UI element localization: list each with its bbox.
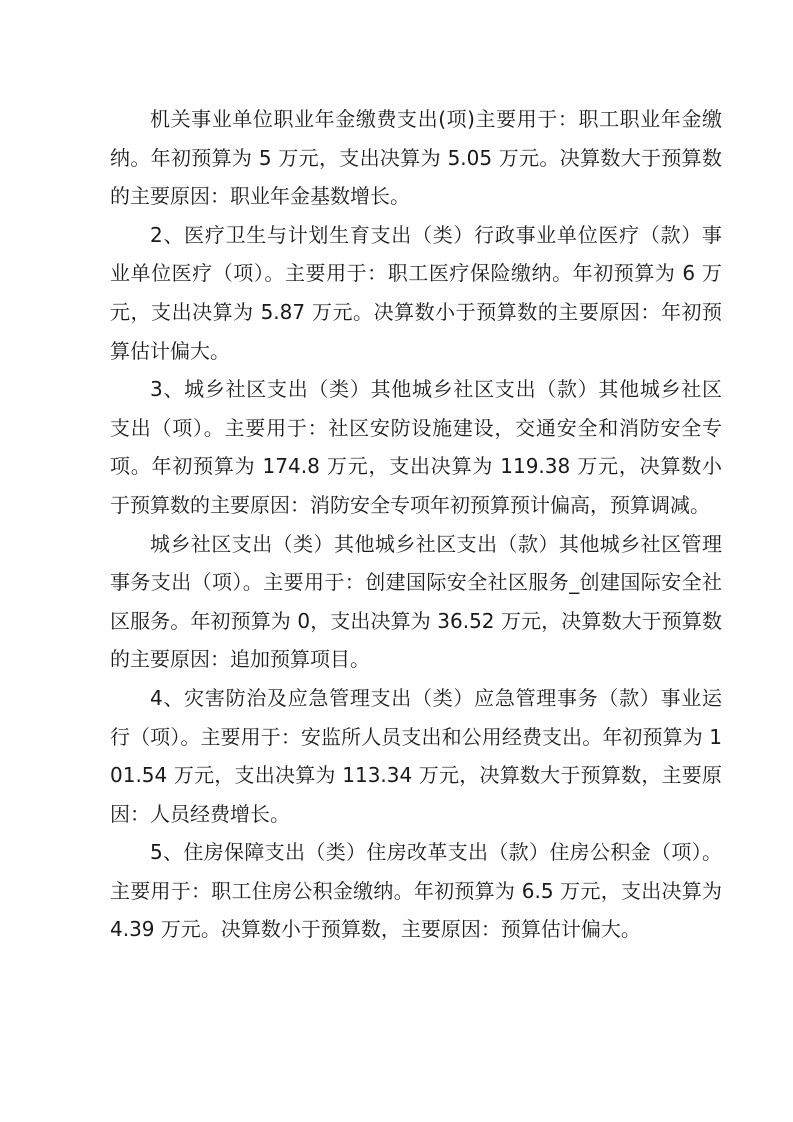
- paragraph-pension: 机关事业单位职业年金缴费支出(项)主要用于：职工职业年金缴纳。年初预算为 5 万…: [110, 100, 722, 216]
- paragraph-community-other: 3、城乡社区支出（类）其他城乡社区支出（款）其他城乡社区支出（项）。主要用于：社…: [110, 370, 722, 524]
- paragraph-housing: 5、住房保障支出（类）住房改革支出（款）住房公积金（项）。主要用于：职工住房公积…: [110, 833, 722, 949]
- document-page: 机关事业单位职业年金缴费支出(项)主要用于：职工职业年金缴纳。年初预算为 5 万…: [110, 100, 722, 949]
- paragraph-emergency-management: 4、灾害防治及应急管理支出（类）应急管理事务（款）事业运行（项）。主要用于：安监…: [110, 679, 722, 833]
- paragraph-medical: 2、医疗卫生与计划生育支出（类）行政事业单位医疗（款）事业单位医疗（项）。主要用…: [110, 216, 722, 370]
- paragraph-community-management: 城乡社区支出（类）其他城乡社区支出（款）其他城乡社区管理事务支出（项）。主要用于…: [110, 525, 722, 679]
